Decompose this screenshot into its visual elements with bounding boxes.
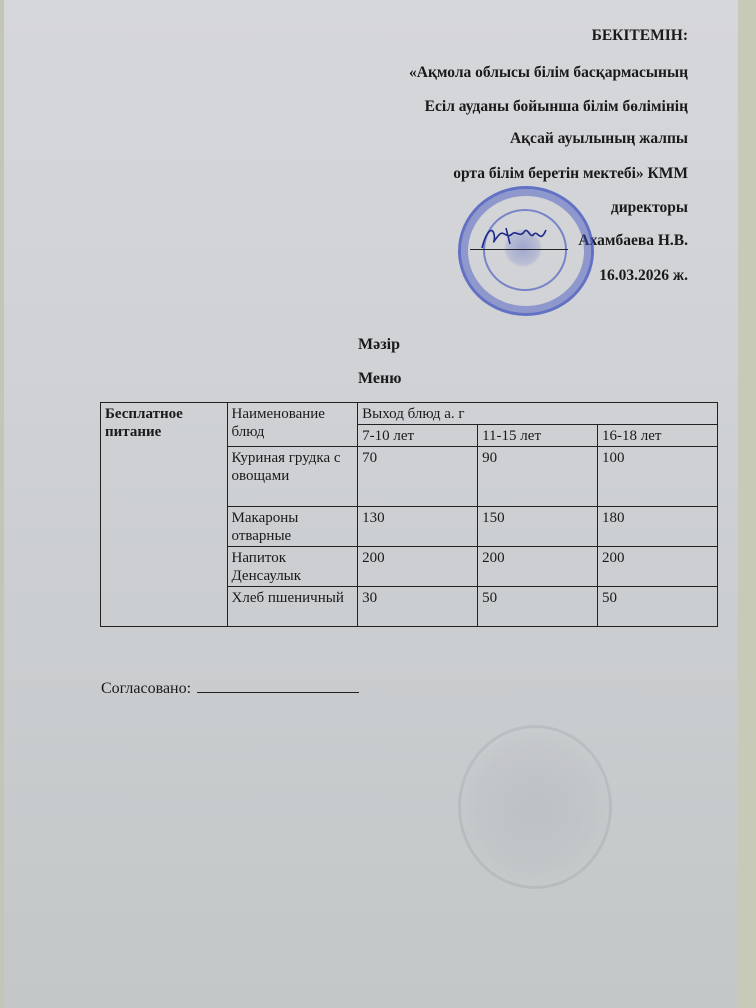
- value-cell: 100: [598, 447, 718, 507]
- value-cell: 200: [598, 547, 718, 587]
- table-header-row: Бесплатное питание Наименование блюд Вых…: [101, 403, 718, 425]
- value-cell: 180: [598, 507, 718, 547]
- signature-icon: [476, 222, 566, 252]
- approval-line-2: Есіл ауданы бойынша білім бөлімінің: [425, 98, 688, 116]
- approval-signatory: Ахамбаева Н.В.: [578, 232, 688, 250]
- dish-cell: Макароны отварные: [227, 507, 358, 547]
- value-cell: 50: [598, 587, 718, 627]
- value-cell: 90: [478, 447, 598, 507]
- dish-cell: Куриная грудка с овощами: [227, 447, 358, 507]
- age-header-cell: 11-15 лет: [478, 425, 598, 447]
- value-cell: 150: [478, 507, 598, 547]
- value-cell: 50: [478, 587, 598, 627]
- title-kazakh: Мәзір: [0, 336, 756, 354]
- background-strip-right: [738, 0, 756, 1008]
- age-header-cell: 7-10 лет: [358, 425, 478, 447]
- approval-line-3: Ақсай ауылының жалпы: [510, 130, 688, 148]
- title-russian: Меню: [0, 370, 756, 388]
- agreed-signature-line: [197, 680, 359, 693]
- approval-line-4: орта білім беретін мектебі» КММ: [453, 165, 688, 183]
- dish-cell: Хлеб пшеничный: [227, 587, 358, 627]
- value-cell: 200: [358, 547, 478, 587]
- agreed-field: Согласовано:: [101, 680, 359, 698]
- yield-header-cell: Выход блюд а. г: [358, 403, 718, 425]
- age-header-cell: 16-18 лет: [598, 425, 718, 447]
- approval-date: 16.03.2026 ж.: [599, 267, 688, 285]
- name-header-cell: Наименование блюд: [227, 403, 358, 447]
- bleed-through-stamp-icon: [458, 725, 612, 889]
- approval-position: директоры: [611, 199, 688, 217]
- value-cell: 70: [358, 447, 478, 507]
- signature-line: [470, 249, 568, 250]
- value-cell: 200: [478, 547, 598, 587]
- approval-line-1: «Ақмола облысы білім басқармасының: [409, 64, 688, 82]
- agreed-label: Согласовано:: [101, 680, 191, 697]
- dish-cell: Напиток Денсаулык: [227, 547, 358, 587]
- approval-heading: БЕКІТЕМІН:: [592, 27, 688, 45]
- menu-table: Бесплатное питание Наименование блюд Вых…: [100, 402, 718, 627]
- group-label-cell: Бесплатное питание: [101, 403, 228, 627]
- value-cell: 30: [358, 587, 478, 627]
- value-cell: 130: [358, 507, 478, 547]
